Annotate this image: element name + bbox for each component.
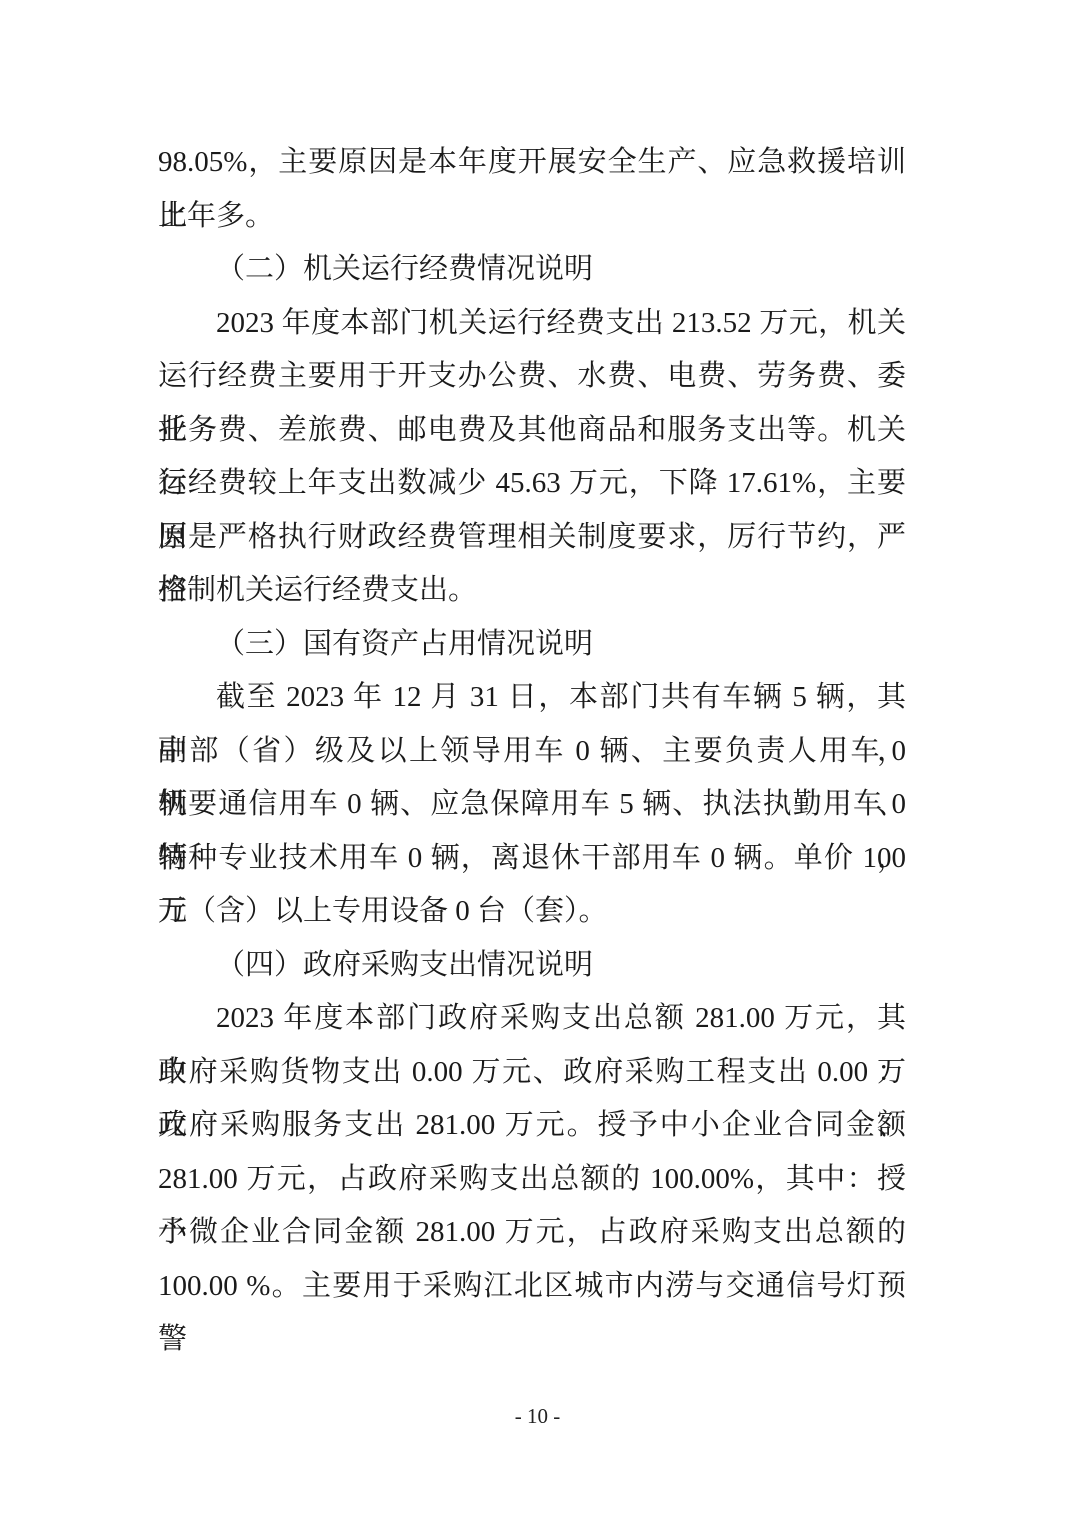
- section-heading: （四）政府采购支出情况说明: [158, 939, 906, 993]
- text-line: 特种专业技术用车 0 辆，离退休干部用车 0 辆。单价 100 万: [158, 832, 906, 886]
- text-line: 因是严格执行财政经费管理相关制度要求，厉行节约，严格: [158, 511, 906, 565]
- text-line: 业务费、差旅费、邮电费及其他商品和服务支出等。机关运: [158, 404, 906, 458]
- text-line: 截至 2023 年 12 月 31 日，本部门共有车辆 5 辆，其中，: [158, 671, 906, 725]
- text-line: 100.00 %。主要用于采购江北区城市内涝与交通信号灯预警: [158, 1260, 906, 1314]
- text-line: 机要通信用车 0 辆、应急保障用车 5 辆、执法执勤用车 0 辆，: [158, 778, 906, 832]
- document-body: 98.05%，主要原因是本年度开展安全生产、应急救援培训比上年多。（二）机关运行…: [158, 136, 906, 1313]
- text-line: 元（含）以上专用设备 0 台（套）。: [158, 885, 906, 939]
- text-line: 政府采购服务支出 281.00 万元。授予中小企业合同金额: [158, 1099, 906, 1153]
- text-line: 上年多。: [158, 190, 906, 244]
- text-line: 控制机关运行经费支出。: [158, 564, 906, 618]
- text-line: 行经费较上年支出数减少 45.63 万元，下降 17.61%，主要原: [158, 457, 906, 511]
- text-line: 281.00 万元，占政府采购支出总额的 100.00%，其中：授予: [158, 1153, 906, 1207]
- text-line: 副部（省）级及以上领导用车 0 辆、主要负责人用车 0 辆、: [158, 725, 906, 779]
- section-heading: （二）机关运行经费情况说明: [158, 243, 906, 297]
- text-line: 2023 年度本部门政府采购支出总额 281.00 万元，其中：: [158, 992, 906, 1046]
- text-line: 小微企业合同金额 281.00 万元，占政府采购支出总额的: [158, 1206, 906, 1260]
- document-page: 98.05%，主要原因是本年度开展安全生产、应急救援培训比上年多。（二）机关运行…: [0, 0, 1075, 1520]
- section-heading: （三）国有资产占用情况说明: [158, 618, 906, 672]
- page-footer: - 10 -: [0, 1401, 1075, 1431]
- text-line: 政府采购货物支出 0.00 万元、政府采购工程支出 0.00 万元、: [158, 1046, 906, 1100]
- page-number: - 10 -: [515, 1404, 561, 1428]
- text-line: 2023 年度本部门机关运行经费支出 213.52 万元，机关: [158, 297, 906, 351]
- text-line: 运行经费主要用于开支办公费、水费、电费、劳务费、委托: [158, 350, 906, 404]
- text-line: 98.05%，主要原因是本年度开展安全生产、应急救援培训比: [158, 136, 906, 190]
